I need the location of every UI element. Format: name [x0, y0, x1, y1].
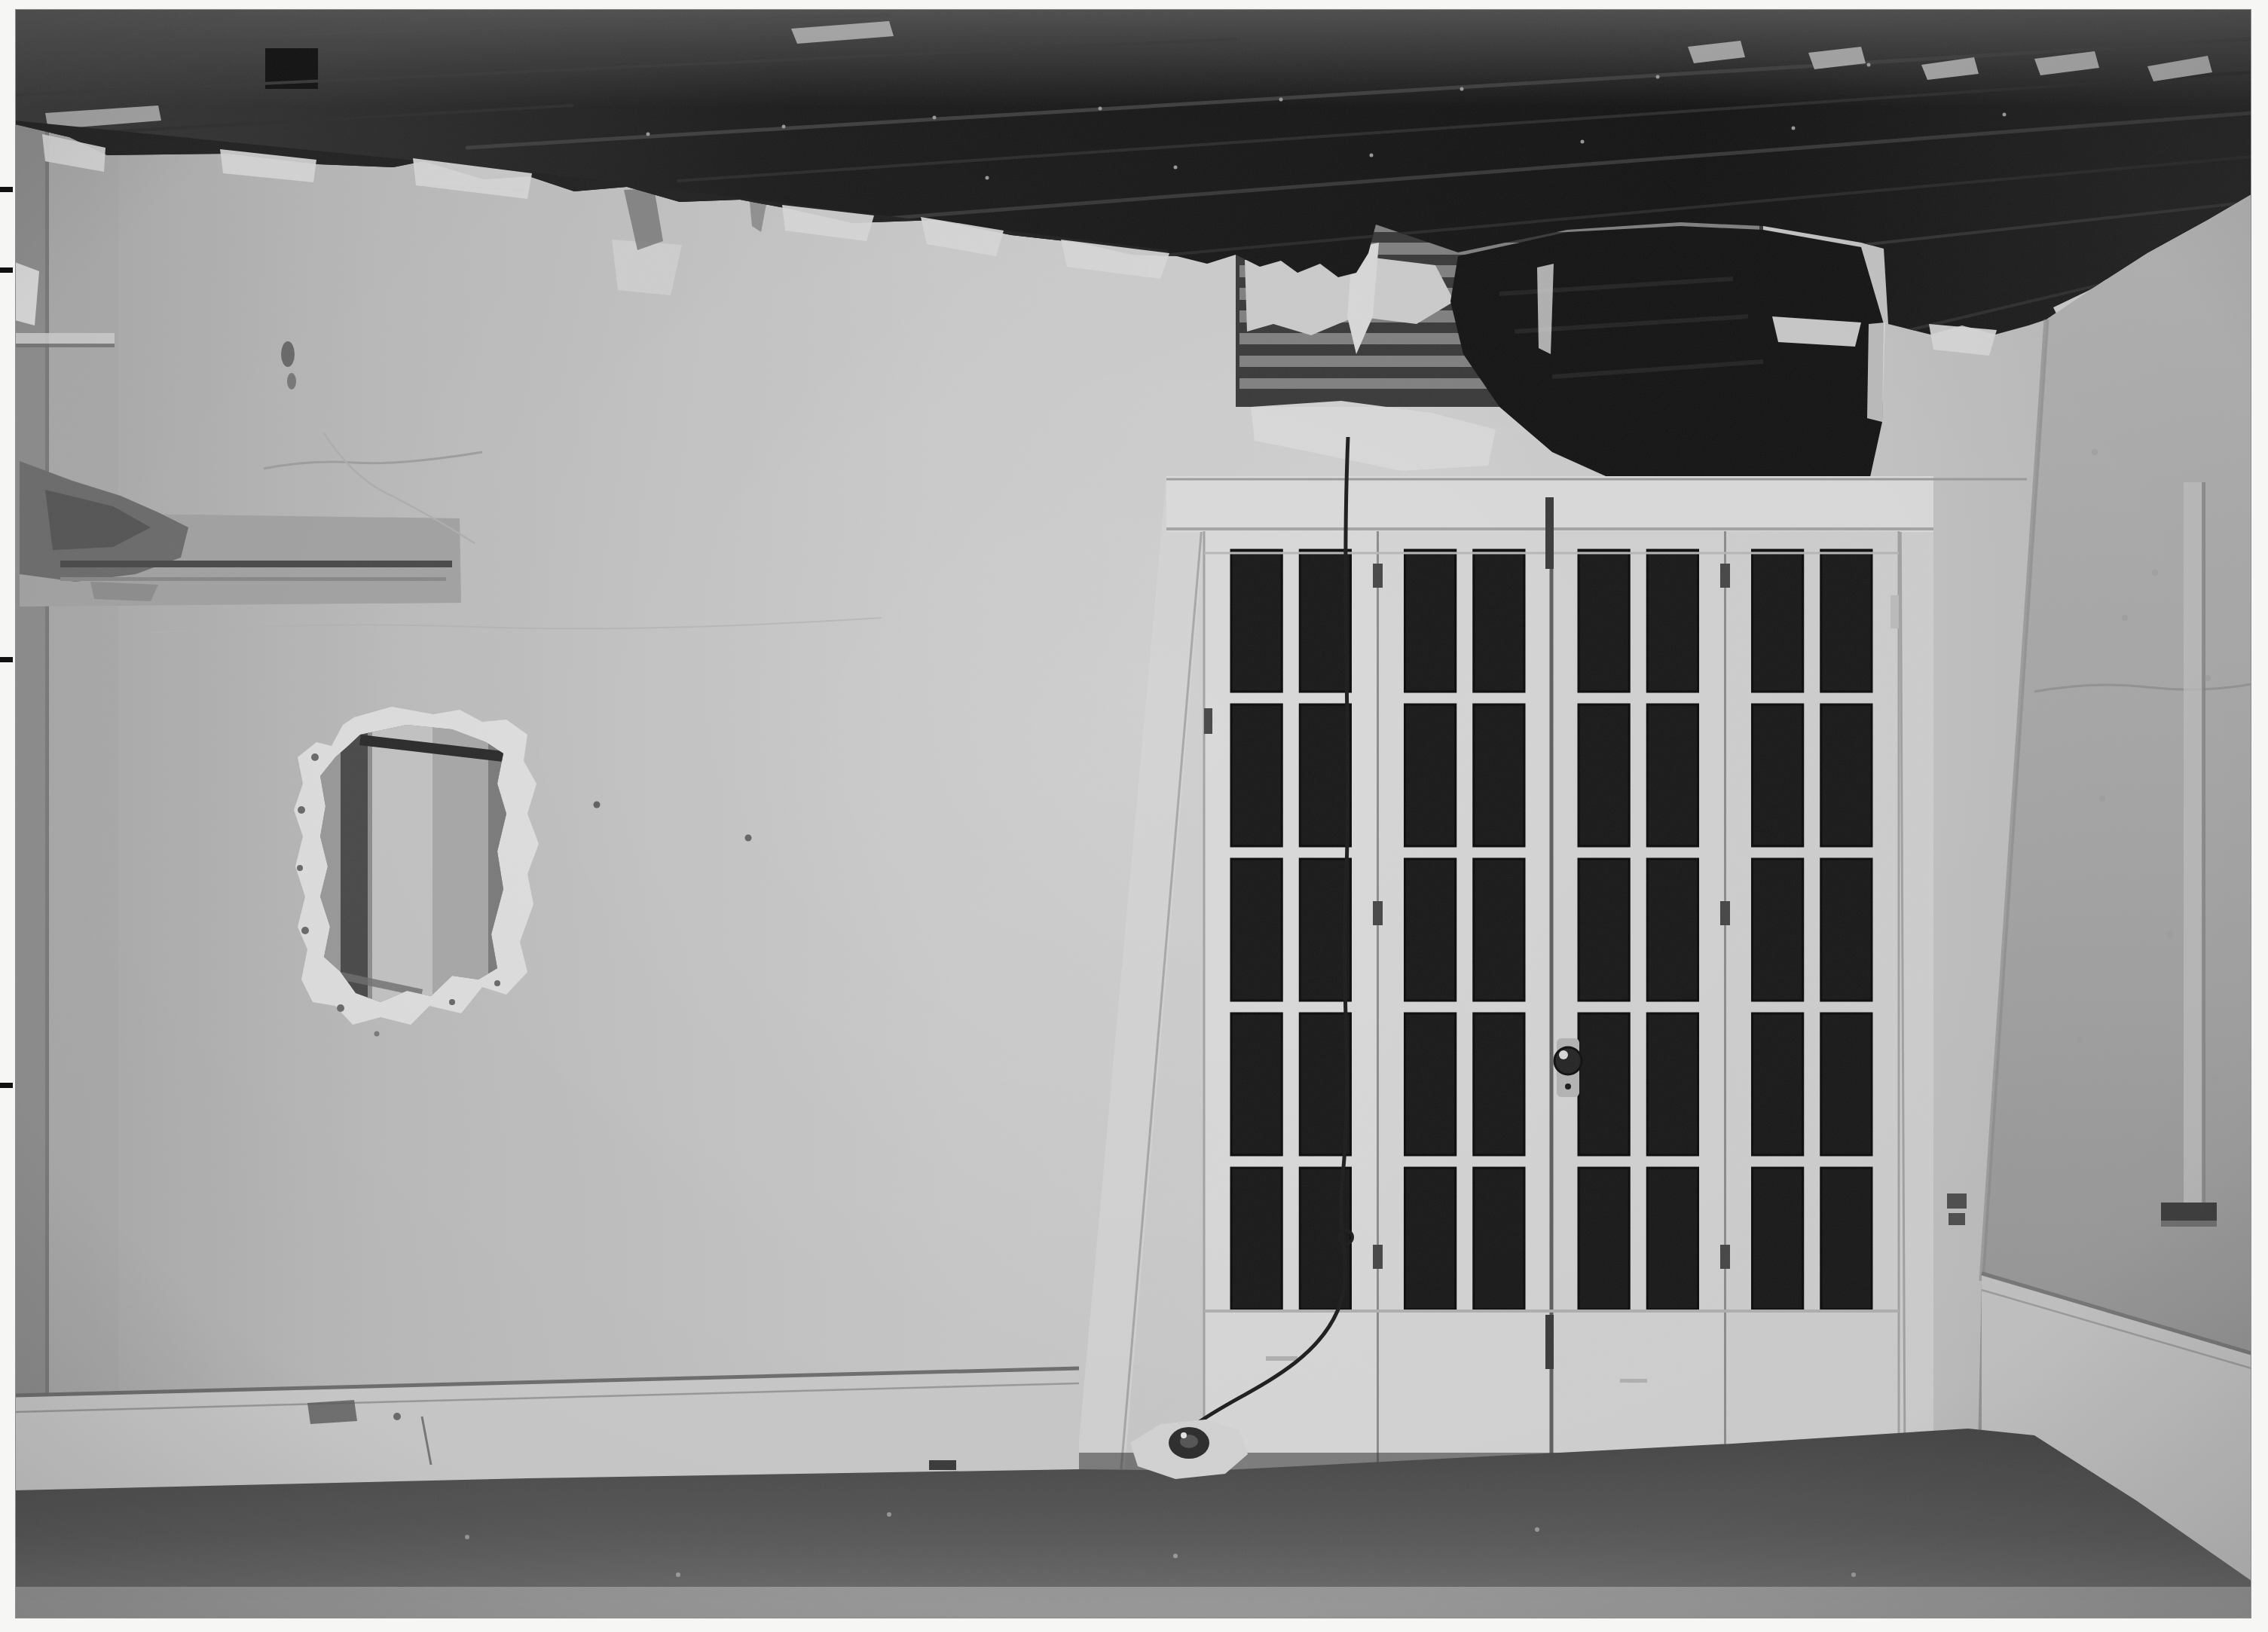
renovation-photo: [0, 0, 2268, 1632]
renovation-photo-page: [0, 0, 2268, 1632]
photo-content: [15, 9, 2251, 1618]
grain-overlay: [15, 9, 2251, 1618]
